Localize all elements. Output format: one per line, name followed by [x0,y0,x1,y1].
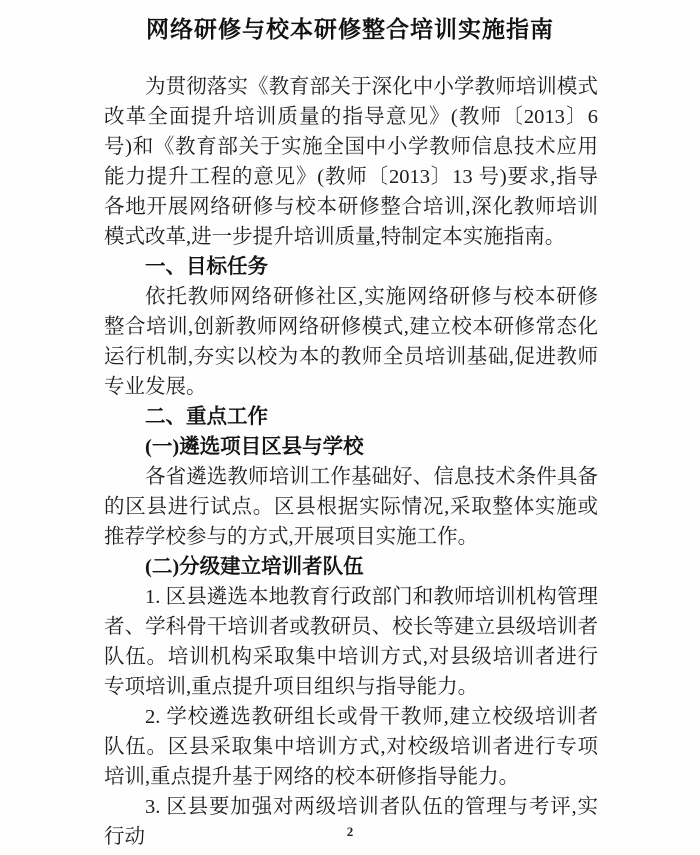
body-paragraph: 1. 区县遴选本地教育行政部门和教师培训机构管理者、学科骨干培训者或教研员、校长… [104,582,598,702]
section-heading: (二)分级建立培训者队伍 [104,552,598,582]
document-body: 为贯彻落实《教育部关于深化中小学教师培训模式改革全面提升培训质量的指导意见》(教… [104,72,598,852]
document-page: 网络研修与校本研修整合培训实施指南 为贯彻落实《教育部关于深化中小学教师培训模式… [0,0,700,855]
section-heading: 二、重点工作 [104,402,598,432]
document-title: 网络研修与校本研修整合培训实施指南 [0,14,700,46]
body-paragraph: 3. 区县要加强对两级培训者队伍的管理与考评,实行动 [104,792,598,852]
page-footer: 2 [0,823,700,841]
page-number: 2 [347,824,354,839]
body-paragraph: 依托教师网络研修社区,实施网络研修与校本研修整合培训,创新教师网络研修模式,建立… [104,282,598,402]
body-paragraph: 为贯彻落实《教育部关于深化中小学教师培训模式改革全面提升培训质量的指导意见》(教… [104,72,598,252]
body-paragraph: 2. 学校遴选教研组长或骨干教师,建立校级培训者队伍。区县采取集中培训方式,对校… [104,702,598,792]
section-heading: 一、目标任务 [104,252,598,282]
body-paragraph: 各省遴选教师培训工作基础好、信息技术条件具备的区县进行试点。区县根据实际情况,采… [104,462,598,552]
section-heading: (一)遴选项目区县与学校 [104,432,598,462]
